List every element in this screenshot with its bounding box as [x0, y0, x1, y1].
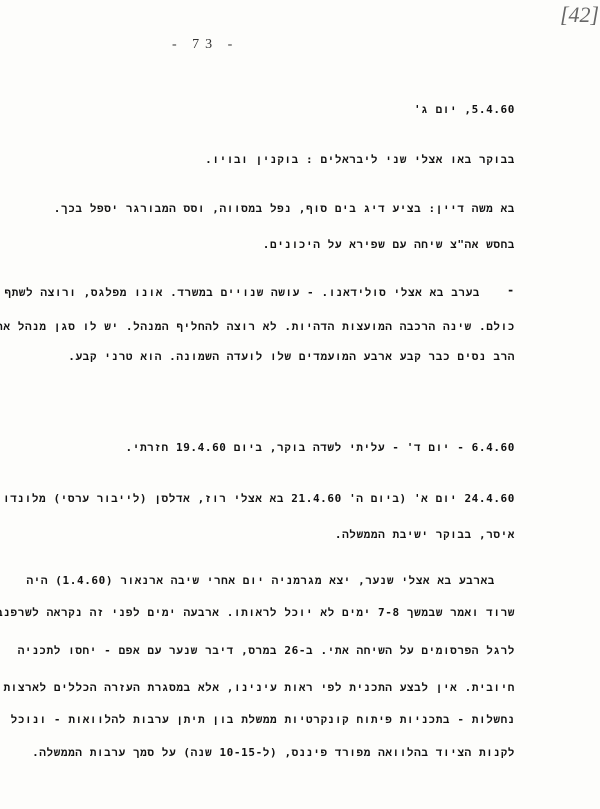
text-line: לקנות הציוד בהלוואה מפורד פיננס, (ל-10-1… — [32, 746, 515, 760]
diary-date-line: 5.4.60, יום ג' — [414, 103, 515, 117]
text-line: לרגל הפרסומים על השיחה אתי. ב-26 במרס, ד… — [18, 644, 515, 658]
diary-date-line: 24.4.60 יום א' (ביום ה' 21.4.60 בא אצלי … — [0, 492, 515, 506]
text-line: בא משה דיין: בציע דיג בים סוף, נפל במסוו… — [54, 202, 515, 216]
text-line: איסר, בבוקר ישיבת הממשלה. — [335, 528, 515, 542]
text-line: בבוקר באו אצלי שני ליבראלים : בוקנין ובו… — [205, 153, 515, 167]
text-line: בחסש אה"צ שיחה עם שפירא על היכונים. — [263, 238, 515, 252]
archive-annotation: [42] — [560, 2, 599, 28]
text-line: בארבע בא אצלי שנער, יצא מגרמניה יום אחרי… — [26, 574, 495, 588]
text-line: שרוד ואמר שבמשך 7-8 ימים לא יוכל לראותו.… — [0, 606, 515, 620]
page-number: - 73 - — [172, 37, 238, 53]
margin-dash: - — [507, 283, 514, 297]
text-line: בערב בא אצלי סולידאנו. - עושה שנויים במש… — [4, 286, 480, 300]
text-line: נחשלות - בתכניות פיתוח קונקרטיות ממשלת ב… — [11, 713, 515, 727]
diary-date-line: 6.4.60 - יום ד' - עליתי לשדה בוקר, ביום … — [126, 441, 515, 455]
text-line: כולם. שינה הרכבה המועצות הדהיות. לא רוצה… — [0, 320, 515, 334]
text-line: הרב נסים כבר קבע ארבע המועמדים שלו לועדה… — [68, 350, 515, 364]
text-line: חיובית. אין לבצע התכנית לפי ראות עינינו,… — [3, 681, 515, 695]
